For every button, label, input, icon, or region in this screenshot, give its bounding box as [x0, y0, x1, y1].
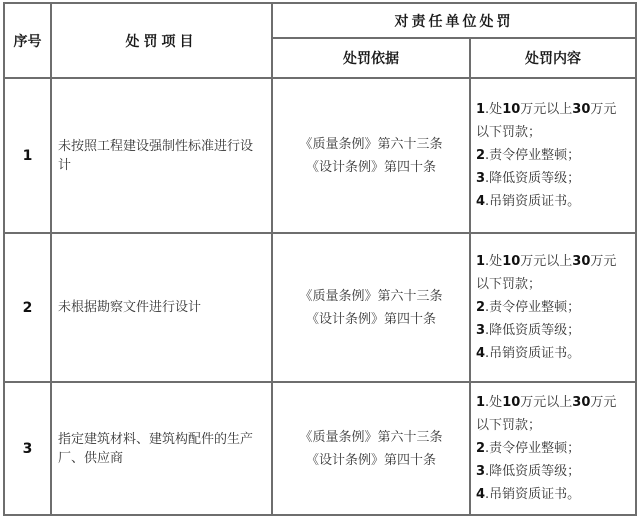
basis-line: 《设计条例》第四十条 [273, 308, 469, 331]
row-basis: 《质量条例》第六十三条 《设计条例》第四十条 [272, 233, 470, 382]
content-line: 4.吊销资质证书。 [476, 483, 631, 506]
content-line: 4.吊销资质证书。 [476, 342, 631, 365]
row-content: 1.处10万元以上30万元 以下罚款； 2.责令停业整顿； 3.降低资质等级； … [470, 382, 636, 515]
penalty-table: 序号 处罚项目 对责任单位处罚 处罚依据 处罚内容 1 未按照工程建设强制性标准… [3, 2, 637, 516]
basis-line: 《质量条例》第六十三条 [273, 426, 469, 449]
header-item: 处罚项目 [51, 3, 272, 78]
row-content: 1.处10万元以上30万元 以下罚款； 2.责令停业整顿； 3.降低资质等级； … [470, 233, 636, 382]
header-group: 对责任单位处罚 [272, 3, 636, 38]
row-content: 1.处10万元以上30万元 以下罚款； 2.责令停业整顿； 3.降低资质等级； … [470, 78, 636, 233]
row-item: 未按照工程建设强制性标准进行设计 [51, 78, 272, 233]
table-row: 3 指定建筑材料、建筑构配件的生产厂、供应商 《质量条例》第六十三条 《设计条例… [4, 382, 636, 515]
row-seq: 2 [4, 233, 51, 382]
basis-line: 《设计条例》第四十条 [273, 449, 469, 472]
content-line: 以下罚款； [476, 414, 631, 437]
row-basis: 《质量条例》第六十三条 《设计条例》第四十条 [272, 382, 470, 515]
row-basis: 《质量条例》第六十三条 《设计条例》第四十条 [272, 78, 470, 233]
content-line: 3.降低资质等级； [476, 319, 631, 342]
row-seq: 3 [4, 382, 51, 515]
row-seq: 1 [4, 78, 51, 233]
header-content: 处罚内容 [470, 38, 636, 78]
content-line: 3.降低资质等级； [476, 167, 631, 190]
row-item: 未根据勘察文件进行设计 [51, 233, 272, 382]
content-line: 2.责令停业整顿； [476, 144, 631, 167]
table-row: 2 未根据勘察文件进行设计 《质量条例》第六十三条 《设计条例》第四十条 1.处… [4, 233, 636, 382]
content-line: 1.处10万元以上30万元 [476, 250, 631, 273]
content-line: 2.责令停业整顿； [476, 296, 631, 319]
content-line: 4.吊销资质证书。 [476, 190, 631, 213]
basis-line: 《设计条例》第四十条 [273, 156, 469, 179]
basis-line: 《质量条例》第六十三条 [273, 133, 469, 156]
row-item: 指定建筑材料、建筑构配件的生产厂、供应商 [51, 382, 272, 515]
content-line: 1.处10万元以上30万元 [476, 391, 631, 414]
header-seq: 序号 [4, 3, 51, 78]
content-line: 1.处10万元以上30万元 [476, 98, 631, 121]
table-row: 1 未按照工程建设强制性标准进行设计 《质量条例》第六十三条 《设计条例》第四十… [4, 78, 636, 233]
content-line: 以下罚款； [476, 273, 631, 296]
header-basis: 处罚依据 [272, 38, 470, 78]
content-line: 以下罚款； [476, 121, 631, 144]
content-line: 2.责令停业整顿； [476, 437, 631, 460]
content-line: 3.降低资质等级； [476, 460, 631, 483]
basis-line: 《质量条例》第六十三条 [273, 285, 469, 308]
